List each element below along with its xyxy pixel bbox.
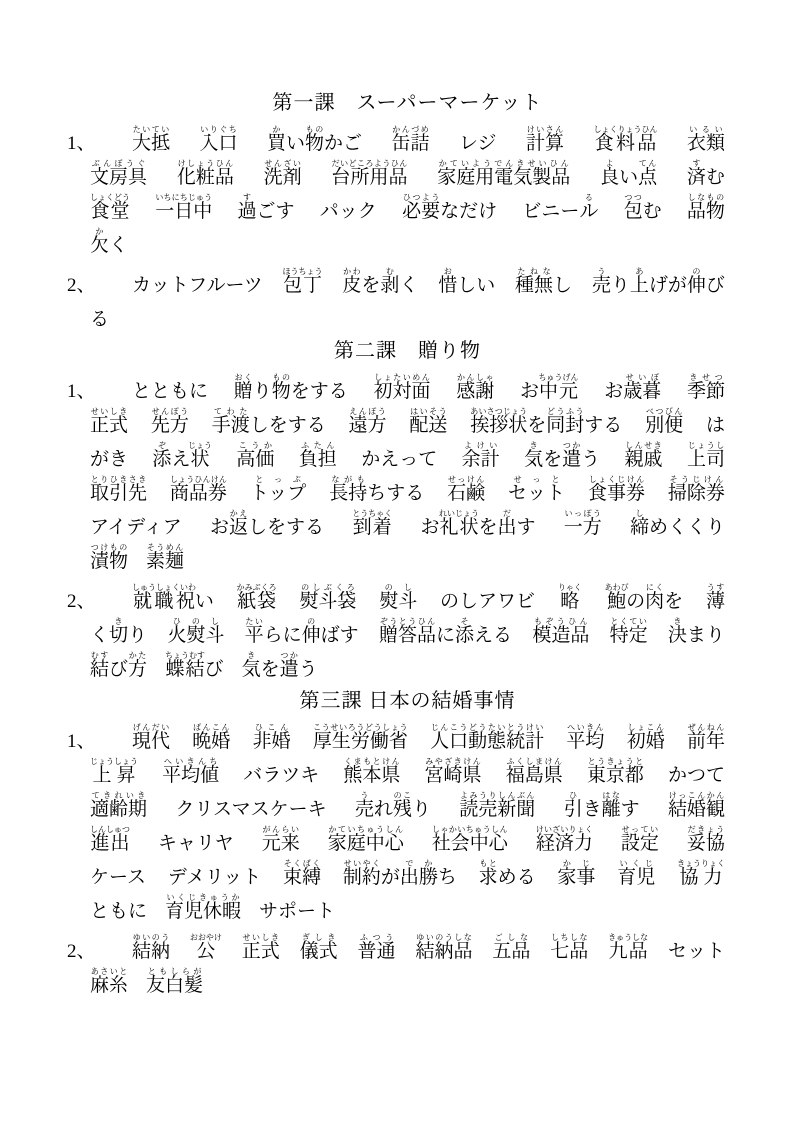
vocab-line: 1、大抵たいてい入口いりぐち買かい物ものかご缶詰かんづめレジ計算けいさん食料品し… <box>90 120 725 154</box>
ruby-annotated-text: 漬物つけもの <box>90 551 128 572</box>
vocab-word: 配送はいそう <box>409 407 447 436</box>
vocab-word: 入口いりぐち <box>199 125 237 154</box>
vocab-word: セット <box>668 942 725 962</box>
ruby-annotated-text: 引ひ <box>564 799 583 820</box>
ruby-annotated-text: ルる <box>579 201 598 222</box>
vocab-item: 2、結納ゆいのう公おおやけ正式せいしき儀式ぎしき普通ふつう結納品ゆいのうしな五品… <box>90 928 725 996</box>
ruby-annotated-text: 妥協だきょう <box>687 833 725 854</box>
vocab-line: 食堂しょくどう一日中いちにちじゅう過すごすパック必要ひつようなだけビニールる包つ… <box>90 188 725 222</box>
vocab-word: 人口動態統計じんこうどうたいとうけい <box>430 723 544 752</box>
vocab-word: 家庭中心かていちゅうしん <box>328 825 404 854</box>
vocab-word: 別便べつびん <box>645 407 683 436</box>
ruby-annotated-text: 友白髪ともしらが <box>146 975 203 996</box>
ruby-annotated-text: 物もの <box>305 133 324 154</box>
ruby-annotated-text: 普通ふつう <box>358 941 396 962</box>
vocab-word: ケース <box>90 868 146 888</box>
vocab-word: 求もとめる <box>479 859 536 888</box>
vocab-word: 進出しんしゅつ <box>90 825 130 854</box>
vocab-word: パック <box>320 202 377 222</box>
vocab-word: 決きまり <box>668 617 725 646</box>
vocab-word: クリスマスケーキ <box>175 800 326 820</box>
vocab-line: 2、カットフルーツ包丁ほうちょう皮かわを剥むく惜おしい種無たねなし売うり上あげが… <box>90 262 725 296</box>
item-number: 1、 <box>67 732 96 751</box>
vocab-word: く切きり <box>90 617 147 646</box>
ruby-annotated-text: 正式せいしき <box>242 941 280 962</box>
vocab-word: 大抵たいてい <box>132 125 170 154</box>
ruby-annotated-text: 儀式ぎしき <box>300 941 338 962</box>
ruby-annotated-text: 結納品ゆいのうしな <box>415 941 472 962</box>
ruby-annotated-text: 育児休暇いくじきゅうか <box>165 901 241 922</box>
vocab-word: 漬物つけもの <box>90 543 128 572</box>
ruby-annotated-text: 求もと <box>479 867 498 888</box>
vocab-word: 遠方えんぽう <box>349 407 387 436</box>
vocab-word: 贈答品ぞうとうひんに添そえる <box>379 617 512 646</box>
vocab-word: 現代げんだい <box>132 723 170 752</box>
ruby-annotated-text: 家庭用電気製品かていようでんきせいひん <box>437 167 570 188</box>
vocab-item: 2、カットフルーツ包丁ほうちょう皮かわを剥むく惜おしい種無たねなし売うり上あげが… <box>90 262 725 330</box>
vocab-word: 長持ながもちする <box>329 475 424 504</box>
vocab-word: 束縛そくばく <box>283 859 321 888</box>
vocab-word: 模造品もぞうひん <box>532 617 589 646</box>
ruby-annotated-text: 一日中いちにちじゅう <box>155 201 212 222</box>
vocab-word: 家事かじ <box>557 859 595 888</box>
document-page: 第一課 スーパーマーケット1、大抵たいてい入口いりぐち買かい物ものかご缶詰かんづ… <box>0 0 793 1122</box>
ruby-annotated-text: 元来がんらい <box>262 833 300 854</box>
vocab-word: 商品券しょうひんけん <box>170 475 227 504</box>
ruby-annotated-text: 文房具ぶんぼうぐ <box>90 167 147 188</box>
vocab-line: ともに育児休暇いくじきゅうかサポート <box>90 888 725 922</box>
vocab-word: 公おおやけ <box>190 933 222 962</box>
vocab-line: 1、とともに贈おくり物ものをする初対面しょたいめん感謝かんしゃお中元ちゅうげんお… <box>90 368 725 402</box>
ruby-annotated-text: 熨斗のし <box>379 591 417 612</box>
vocab-word: 包つつむ <box>624 193 662 222</box>
ruby-annotated-text: 化粧品けしょうひん <box>177 167 234 188</box>
vocab-word: 衣類いるい <box>687 125 725 154</box>
vocab-word: 一日中いちにちじゅう <box>155 193 212 222</box>
vocab-word: 感謝かんしゃ <box>456 373 494 402</box>
vocab-word: 厚生労働省こうせいろうどうしょう <box>313 723 408 752</box>
vocab-line: 適齢期てきれいきクリスマスケーキ売うれ残のこり読売新聞よみうりしんぶん引ひき離は… <box>90 786 725 820</box>
ruby-annotated-text: 公おおやけ <box>190 941 222 962</box>
vocab-line: 進出しんしゅつキャリヤ元来がんらい家庭中心かていちゅうしん社会中心しゃかいちゅう… <box>90 820 725 854</box>
ruby-annotated-text: 長持ながも <box>329 483 367 504</box>
vocab-word: 福島県ふくしまけん <box>506 757 563 786</box>
ruby-annotated-text: 人口動態統計じんこうどうたいとうけい <box>430 731 544 752</box>
vocab-word: 鮑あわびの肉にくを <box>605 583 684 612</box>
vocab-word: 麻糸あさいと <box>90 967 128 996</box>
ruby-annotated-text: 初婚しょこん <box>627 731 665 752</box>
ruby-annotated-text: 洗剤せんざい <box>264 167 302 188</box>
lesson-section: 第一課 スーパーマーケット1、大抵たいてい入口いりぐち買かい物ものかご缶詰かんづ… <box>90 90 725 330</box>
ruby-annotated-text: 遣つか <box>280 659 299 680</box>
vocab-word: のしアワビ <box>440 592 535 612</box>
vocab-word: 文房具ぶんぼうぐ <box>90 159 147 188</box>
vocab-word: 済すむ <box>687 159 725 188</box>
ruby-annotated-text: 商品券しょうひんけん <box>170 483 227 504</box>
vocab-word: 種無たねなし <box>515 267 572 296</box>
vocab-word: 一方いっぽう <box>564 509 602 538</box>
ruby-annotated-text: 挨拶状あいさつじょう <box>470 415 527 436</box>
vocab-word: デメリット <box>168 868 261 888</box>
ruby-annotated-text: 前年ぜんねん <box>687 731 725 752</box>
vocab-word: 台所用品だいどころようひん <box>331 159 407 188</box>
ruby-annotated-text: 石鹸せっけん <box>447 483 485 504</box>
vocab-word: 親戚しんせき <box>625 441 663 470</box>
ruby-annotated-text: 制約せいやく <box>343 867 381 888</box>
vocab-word: 手渡てわたしをする <box>212 407 326 436</box>
vocab-word: とともに <box>132 382 208 402</box>
vocab-word: 普通ふつう <box>358 933 396 962</box>
ruby-annotated-text: 蝶結ちょうむす <box>165 659 205 680</box>
vocab-word: 欠かく <box>90 227 128 256</box>
vocab-line: 2、結納ゆいのう公おおやけ正式せいしき儀式ぎしき普通ふつう結納品ゆいのうしな五品… <box>90 928 725 962</box>
ruby-annotated-text: 包つつ <box>624 201 643 222</box>
vocab-line: ケースデメリット束縛そくばく制約せいやくが出で勝かち求もとめる家事かじ育児いくじ… <box>90 854 725 888</box>
vocab-word: お歳暮せいぼ <box>604 373 661 402</box>
vocab-word: 東京都とうきょうと <box>587 757 644 786</box>
ruby-annotated-text: 食料品しょくりょうひん <box>593 133 657 154</box>
ruby-annotated-text: 衣類いるい <box>687 133 725 154</box>
lesson-title: 第一課 スーパーマーケット <box>90 90 725 116</box>
ruby-annotated-text: 東京都とうきょうと <box>587 765 644 786</box>
ruby-annotated-text: 設定せってい <box>621 833 659 854</box>
ruby-annotated-text: セットせっと <box>508 483 565 504</box>
vocab-word: がき <box>90 450 128 470</box>
lesson-title: 第二課 贈り物 <box>90 338 725 364</box>
vocab-word: 社会中心しゃかいちゅうしん <box>432 825 508 854</box>
ruby-annotated-text: 食事券しょくじけん <box>588 483 645 504</box>
vocab-word: 挨拶状あいさつじょうを同封どうふうする <box>470 407 622 436</box>
ruby-annotated-text: 遣つか <box>562 449 581 470</box>
vocab-line: 取引先とりひきさき商品券しょうひんけんトップとっぷ長持ながもちする石鹸せっけんセ… <box>90 470 725 504</box>
vocab-word: は <box>706 416 725 436</box>
vocab-line: 文房具ぶんぼうぐ化粧品けしょうひん洗剤せんざい台所用品だいどころようひん家庭用電… <box>90 154 725 188</box>
vocab-word: 蝶結ちょうむすび <box>165 651 224 680</box>
vocab-word: 買かい物ものかご <box>267 125 362 154</box>
ruby-annotated-text: 缶詰かんづめ <box>392 133 430 154</box>
ruby-annotated-text: 九品きゅうしな <box>608 941 648 962</box>
ruby-annotated-text: 遠方えんぽう <box>349 415 387 436</box>
ruby-annotated-text: 勝か <box>419 867 438 888</box>
vocab-word: 儀式ぎしき <box>300 933 338 962</box>
vocab-word: 制約せいやくが出で勝かち <box>343 859 457 888</box>
ruby-annotated-text: 家庭中心かていちゅうしん <box>328 833 404 854</box>
lesson-title: 第三課 日本の結婚事情 <box>90 688 725 714</box>
vocab-word: 掃除券そうじけん <box>668 475 725 504</box>
vocab-line: 漬物つけもの素麺そうめん <box>90 538 725 572</box>
ruby-annotated-text: 品物しなもの <box>687 201 725 222</box>
vocab-word: 添ぞえ状じょう <box>152 441 212 470</box>
ruby-annotated-text: 余計よけい <box>462 449 500 470</box>
vocab-word: 結納ゆいのう <box>132 933 170 962</box>
item-number: 2、 <box>67 592 96 611</box>
ruby-annotated-text: 切き <box>109 625 128 646</box>
ruby-annotated-text: 出で <box>400 867 419 888</box>
ruby-annotated-text: 束縛そくばく <box>283 867 321 888</box>
vocab-word: 高価こうか <box>236 441 274 470</box>
ruby-annotated-text: 上あ <box>630 275 649 296</box>
vocab-word: 惜おしい <box>438 267 495 296</box>
ruby-annotated-text: 掃除券そうじけん <box>668 483 725 504</box>
item-number: 1、 <box>67 134 96 153</box>
ruby-annotated-text: 結納ゆいのう <box>132 941 170 962</box>
ruby-annotated-text: 上昇じょうしょう <box>90 765 138 786</box>
ruby-annotated-text: 贈おく <box>234 381 253 402</box>
vocab-line: 正式せいしき先方せんぽう手渡てわたしをする遠方えんぽう配送はいそう挨拶状あいさつ… <box>90 402 725 436</box>
vocab-word: 皮かわを剥むく <box>342 267 418 296</box>
ruby-annotated-text: 添そ <box>455 625 474 646</box>
vocab-line: アイディアお返かえしをする到着とうちゃくお礼状れいじょうを出だす一方いっぽう締し… <box>90 504 725 538</box>
ruby-annotated-text: 平均値へいきんち <box>162 765 219 786</box>
ruby-annotated-text: 必要ひつよう <box>402 201 440 222</box>
vocab-word: 季節きせつ <box>687 373 725 402</box>
ruby-annotated-text: 残のこ <box>393 799 412 820</box>
ruby-annotated-text: トップとっぷ <box>250 483 306 504</box>
vocab-word: 火熨斗ひのし <box>167 617 224 646</box>
vocab-word: バラツキ <box>243 766 319 786</box>
ruby-annotated-text: 現代げんだい <box>132 731 170 752</box>
vocab-line: 上昇じょうしょう平均値へいきんちバラツキ熊本県くまもとけん宮崎県みやざきけん福島… <box>90 752 725 786</box>
vocab-word: 読売新聞よみうりしんぶん <box>459 791 535 820</box>
ruby-annotated-text: 皮かわ <box>342 275 361 296</box>
vocab-word: 必要ひつようなだけ <box>402 193 497 222</box>
ruby-annotated-text: 肉にく <box>645 591 664 612</box>
vocab-word: ともに <box>90 902 147 922</box>
vocab-word: 初対面しょたいめん <box>374 373 431 402</box>
ruby-annotated-text: 略りゃく <box>558 591 582 612</box>
vocab-line: がき添ぞえ状じょう高価こうか負担ふたんかえって余計よけい気きを遣つかう親戚しんせ… <box>90 436 725 470</box>
vocab-word: 平均へいきん <box>566 723 604 752</box>
vocab-line: 欠かく <box>90 222 725 256</box>
vocab-word: 元来がんらい <box>262 825 300 854</box>
vocab-word: 平たいらに伸のばす <box>245 617 359 646</box>
vocab-word: る <box>90 310 109 330</box>
vocab-word: 到着とうちゃく <box>352 509 392 538</box>
ruby-annotated-text: 高価こうか <box>236 449 274 470</box>
ruby-annotated-text: 宮崎県みやざきけん <box>425 765 482 786</box>
lesson-section: 第二課 贈り物1、とともに贈おくり物ものをする初対面しょたいめん感謝かんしゃお中… <box>90 338 725 680</box>
ruby-annotated-text: 歳暮せいぼ <box>623 381 661 402</box>
ruby-annotated-text: 社会中心しゃかいちゅうしん <box>432 833 508 854</box>
ruby-annotated-text: 贈答品ぞうとうひん <box>379 625 436 646</box>
vocab-item: 1、現代げんだい晩婚ばんこん非婚ひこん厚生労働省こうせいろうどうしょう人口動態統… <box>90 718 725 922</box>
vocab-word: 非婚ひこん <box>253 723 291 752</box>
vocab-word: 負担ふたん <box>299 441 337 470</box>
ruby-annotated-text: 晩婚ばんこん <box>192 731 230 752</box>
ruby-annotated-text: 結むす <box>90 659 109 680</box>
ruby-annotated-text: 礼状れいじょう <box>439 517 478 538</box>
ruby-annotated-text: 大抵たいてい <box>132 133 170 154</box>
ruby-annotated-text: 売う <box>592 275 611 296</box>
vocab-word: 過すごす <box>238 193 295 222</box>
ruby-annotated-text: 感謝かんしゃ <box>456 381 494 402</box>
ruby-annotated-text: 正式せいしき <box>90 415 128 436</box>
ruby-annotated-text: 手渡てわた <box>212 415 250 436</box>
ruby-annotated-text: 平均へいきん <box>566 731 604 752</box>
vocab-word: セットせっと <box>508 475 565 504</box>
ruby-annotated-text: 計算けいさん <box>526 133 564 154</box>
vocab-word: 結納品ゆいのうしな <box>415 933 472 962</box>
vocab-line: 2、就職祝しゅうしょくいわい紙袋かみぶくろ熨斗袋のしぶくろ熨斗のしのしアワビ略り… <box>90 578 725 612</box>
ruby-annotated-text: 一方いっぽう <box>564 517 602 538</box>
vocab-word: 設定せってい <box>621 825 659 854</box>
vocab-word: 略りゃく <box>558 583 582 612</box>
vocab-word: 売うり上あげが伸のび <box>592 267 725 296</box>
vocab-word: 平均値へいきんち <box>162 757 219 786</box>
ruby-annotated-text: 決き <box>668 625 687 646</box>
ruby-annotated-text: 薄うす <box>706 591 725 612</box>
vocab-word: 友白髪ともしらが <box>146 967 203 996</box>
vocab-word: 適齢期てきれいき <box>90 791 147 820</box>
ruby-annotated-text: 締し <box>630 517 649 538</box>
ruby-annotated-text: 親戚しんせき <box>625 449 663 470</box>
ruby-annotated-text: 適齢期てきれいき <box>90 799 147 820</box>
vocab-item: 2、就職祝しゅうしょくいわい紙袋かみぶくろ熨斗袋のしぶくろ熨斗のしのしアワビ略り… <box>90 578 725 680</box>
ruby-annotated-text: 入口いりぐち <box>199 133 237 154</box>
item-number: 2、 <box>67 942 96 961</box>
vocab-word: 妥協だきょう <box>687 825 725 854</box>
ruby-annotated-text: 就職祝しゅうしょくいわ <box>132 591 195 612</box>
ruby-annotated-text: 五品ごしな <box>492 941 530 962</box>
vocab-word: 紙袋かみぶくろ <box>237 583 277 612</box>
vocab-word: 素麺そうめん <box>146 543 184 572</box>
ruby-annotated-text: 紙袋かみぶくろ <box>237 591 277 612</box>
ruby-annotated-text: 剥む <box>380 275 399 296</box>
ruby-annotated-text: 買か <box>267 133 286 154</box>
lesson-section: 第三課 日本の結婚事情1、現代げんだい晩婚ばんこん非婚ひこん厚生労働省こうせいろ… <box>90 688 725 996</box>
ruby-annotated-text: 伸の <box>687 275 706 296</box>
ruby-annotated-text: 返かえ <box>229 517 248 538</box>
ruby-annotated-text: 気き <box>242 659 261 680</box>
ruby-annotated-text: 出だ <box>497 517 516 538</box>
ruby-annotated-text: 鮑あわび <box>605 591 627 612</box>
vocab-word: 品物しなもの <box>687 193 725 222</box>
vocab-word: アイディア <box>90 518 182 538</box>
ruby-annotated-text: 素麺そうめん <box>146 551 184 572</box>
ruby-annotated-text: 離はな <box>602 799 621 820</box>
vocab-word: 育児休暇いくじきゅうか <box>165 893 241 922</box>
vocab-item: 1、とともに贈おくり物ものをする初対面しょたいめん感謝かんしゃお中元ちゅうげんお… <box>90 368 725 572</box>
vocab-word: 缶詰かんづめ <box>392 125 430 154</box>
vocab-word: お礼状れいじょうを出だす <box>420 509 535 538</box>
vocab-word: 食料品しょくりょうひん <box>593 125 657 154</box>
vocab-word: 気きを遣つかう <box>242 651 318 680</box>
ruby-annotated-text: 先方せんぽう <box>151 415 189 436</box>
vocab-word: 食堂しょくどう <box>90 193 130 222</box>
vocab-word: 協力きょうりょく <box>677 859 725 888</box>
ruby-annotated-text: 結婚観けっこんかん <box>668 799 725 820</box>
ruby-annotated-text: 同封どうふう <box>546 415 584 436</box>
item-number: 2、 <box>67 276 96 295</box>
vocab-word: 正式せいしき <box>242 933 280 962</box>
ruby-annotated-text: 食堂しょくどう <box>90 201 130 222</box>
vocab-word: ビニールる <box>522 193 598 222</box>
vocab-word: 化粧品けしょうひん <box>177 159 234 188</box>
vocab-word: 熨斗袋のしぶくろ <box>299 583 356 612</box>
vocab-word: お返かえしをする <box>210 509 324 538</box>
vocab-word: 九品きゅうしな <box>608 933 648 962</box>
vocab-word: お中元ちゅうげん <box>520 373 579 402</box>
vocab-word: 五品ごしな <box>492 933 530 962</box>
ruby-annotated-text: 中元ちゅうげん <box>539 381 579 402</box>
vocab-word: カットフルーツ <box>132 276 263 296</box>
vocab-word: 良よい点てん <box>600 159 657 188</box>
vocab-word: 育児いくじ <box>617 859 655 888</box>
vocab-word: 上昇じょうしょう <box>90 757 138 786</box>
vocab-word: 特定とくてい <box>610 617 648 646</box>
vocab-word: 包丁ほうちょう <box>283 267 323 296</box>
vocab-word: 計算けいさん <box>526 125 564 154</box>
vocab-word: 引ひき離はなす <box>564 791 640 820</box>
vocab-line: く切きり火熨斗ひのし平たいらに伸のばす贈答品ぞうとうひんに添そえる模造品もぞうひ… <box>90 612 725 646</box>
vocab-line: る <box>90 296 725 330</box>
vocab-word: 贈おくり物ものをする <box>234 373 348 402</box>
vocab-word: キャリヤ <box>158 834 234 854</box>
vocab-word: 熊本県くまもとけん <box>343 757 400 786</box>
ruby-annotated-text: 読売新聞よみうりしんぶん <box>459 799 535 820</box>
vocab-word: 結むすび方かた <box>90 651 147 680</box>
vocab-line: 麻糸あさいと友白髪ともしらが <box>90 962 725 996</box>
vocab-word: 前年ぜんねん <box>687 723 725 752</box>
ruby-annotated-text: 熊本県くまもとけん <box>343 765 400 786</box>
vocab-word: 熨斗のし <box>379 583 417 612</box>
ruby-annotated-text: 特定とくてい <box>610 625 648 646</box>
vocab-word: 正式せいしき <box>90 407 128 436</box>
ruby-annotated-text: 点てん <box>638 167 657 188</box>
ruby-annotated-text: 種無たねな <box>515 275 553 296</box>
ruby-annotated-text: 火熨斗ひのし <box>167 625 224 646</box>
vocab-word: 家庭用電気製品かていようでんきせいひん <box>437 159 570 188</box>
ruby-annotated-text: 育児いくじ <box>617 867 655 888</box>
ruby-annotated-text: 進出しんしゅつ <box>90 833 130 854</box>
vocab-word: 七品しちしな <box>550 933 588 962</box>
vocab-line: 1、現代げんだい晩婚ばんこん非婚ひこん厚生労働省こうせいろうどうしょう人口動態統… <box>90 718 725 752</box>
ruby-annotated-text: 季節きせつ <box>687 381 725 402</box>
vocab-word: 取引先とりひきさき <box>90 475 147 504</box>
vocab-word: 気きを遣つかう <box>524 441 600 470</box>
ruby-annotated-text: 厚生労働省こうせいろうどうしょう <box>313 731 408 752</box>
ruby-annotated-text: 上司じょうし <box>687 449 725 470</box>
vocab-line: 結むすび方かた蝶結ちょうむすび気きを遣つかう <box>90 646 725 680</box>
ruby-annotated-text: 添ぞ <box>152 449 171 470</box>
ruby-annotated-text: 売う <box>355 799 374 820</box>
vocab-word: 晩婚ばんこん <box>192 723 230 752</box>
ruby-annotated-text: 状じょう <box>190 449 212 470</box>
ruby-annotated-text: 別便べつびん <box>645 415 683 436</box>
vocab-word: 就職祝しゅうしょくいわい <box>132 583 214 612</box>
ruby-annotated-text: 台所用品だいどころようひん <box>331 167 407 188</box>
ruby-annotated-text: 経済力けいざいりょく <box>536 833 593 854</box>
ruby-annotated-text: 物もの <box>272 381 291 402</box>
ruby-annotated-text: 非婚ひこん <box>253 731 291 752</box>
lessons-container: 第一課 スーパーマーケット1、大抵たいてい入口いりぐち買かい物ものかご缶詰かんづ… <box>0 0 793 996</box>
vocab-word: 洗剤せんざい <box>264 159 302 188</box>
ruby-annotated-text: 負担ふたん <box>299 449 337 470</box>
vocab-word: レジ <box>459 134 497 154</box>
ruby-annotated-text: 麻糸あさいと <box>90 975 128 996</box>
vocab-word: 薄うす <box>706 583 725 612</box>
ruby-annotated-text: 惜お <box>438 275 457 296</box>
item-number: 1、 <box>67 382 96 401</box>
vocab-word: トップとっぷ <box>250 475 306 504</box>
ruby-annotated-text: 初対面しょたいめん <box>374 381 431 402</box>
ruby-annotated-text: 伸の <box>302 625 321 646</box>
ruby-annotated-text: 済す <box>687 167 706 188</box>
ruby-annotated-text: 到着とうちゃく <box>352 517 392 538</box>
ruby-annotated-text: 方かた <box>128 659 147 680</box>
vocab-word: 先方せんぽう <box>151 407 189 436</box>
vocab-word: 結婚観けっこんかん <box>668 791 725 820</box>
